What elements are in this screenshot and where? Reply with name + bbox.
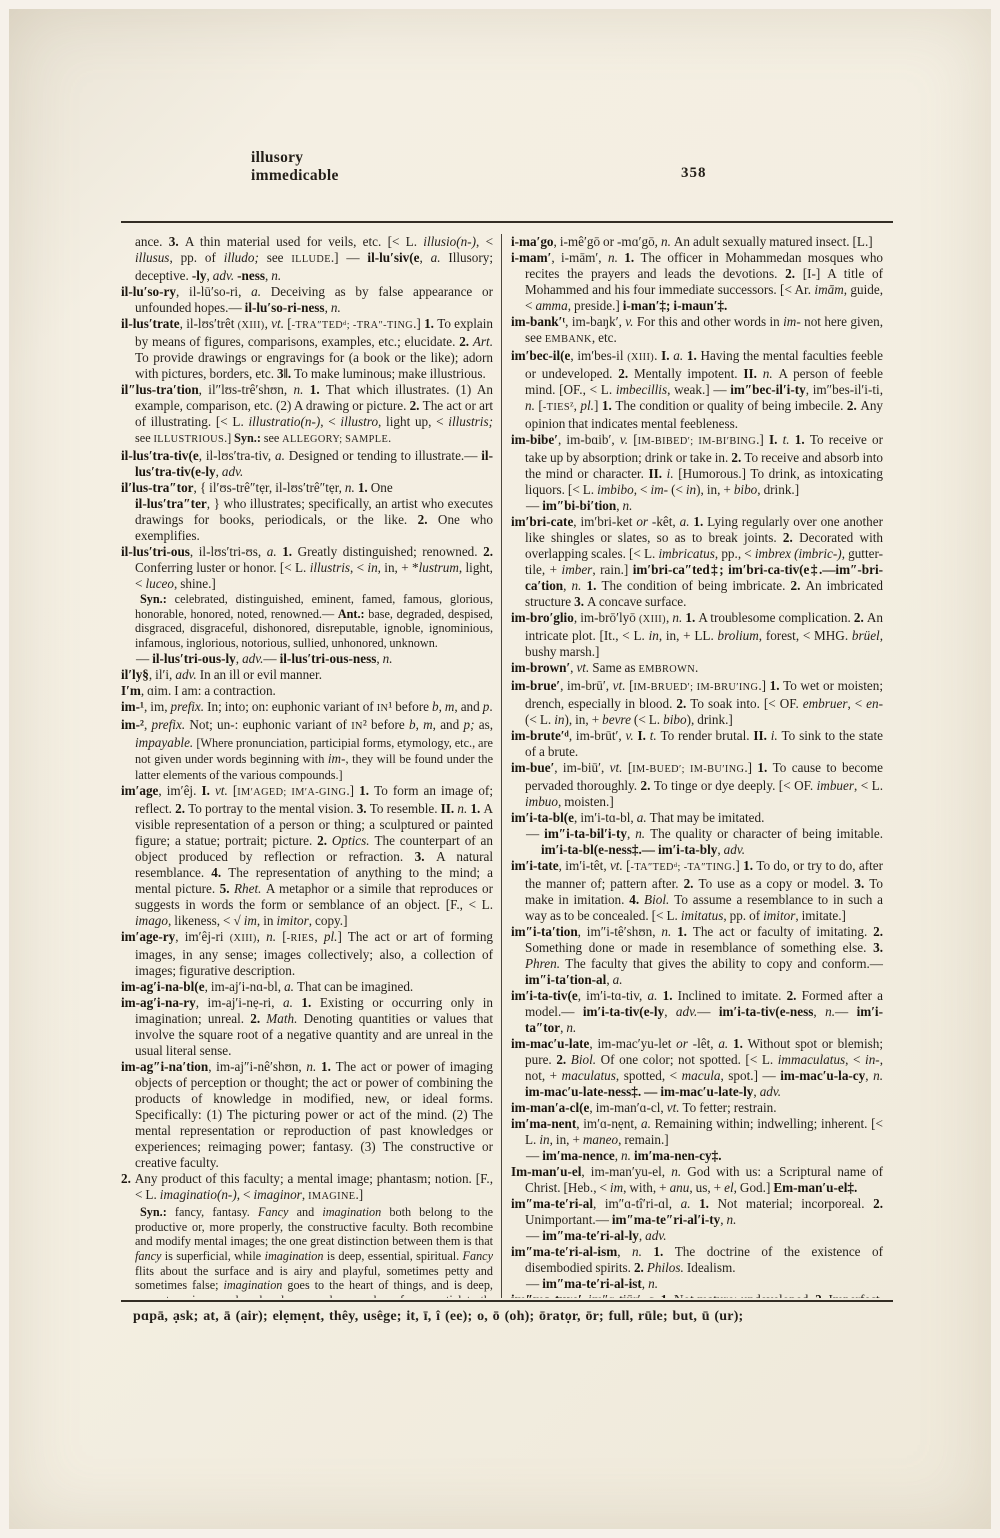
- text-run: ]: [594, 398, 602, 413]
- text-run: , im-biū′,: [554, 760, 609, 775]
- text-run: im: [610, 1180, 623, 1195]
- text-run: , im″bes-il′i-ti,: [806, 382, 883, 397]
- text-run: (XIII): [627, 352, 654, 363]
- text-run: 2.: [121, 1171, 135, 1186]
- text-run: II.: [753, 728, 770, 743]
- text-run: adv.: [222, 464, 243, 479]
- text-run: 2.: [854, 610, 867, 625]
- text-run: ance.: [135, 234, 169, 249]
- text-run: , im-man′ɑ-cl,: [589, 1100, 666, 1115]
- text-run: immaculatus: [778, 1052, 845, 1067]
- text-run: adv.: [760, 1084, 781, 1099]
- text-run: , pp., <: [715, 546, 755, 561]
- dictionary-entry: — il-lus′tri-ous-ly, adv.— il-lus′tri-ou…: [121, 651, 493, 667]
- header-rule: [121, 221, 893, 223]
- text-run: 1.: [301, 995, 319, 1010]
- text-run: vt.: [613, 678, 629, 693]
- text-run: Fancy: [258, 1205, 297, 1219]
- text-run: , forest, < MHG.: [759, 628, 852, 643]
- text-run: IN: [351, 721, 363, 732]
- text-run: , spot.] —: [720, 1068, 780, 1083]
- text-run: il-lu′siv(e: [367, 250, 419, 265]
- text-run: , i-mām′,: [551, 250, 608, 265]
- text-run: -ly: [192, 268, 207, 283]
- guide-words: illusory immedicable: [251, 149, 339, 185]
- text-columns: ance. 3. A thin material used for veils,…: [121, 234, 893, 1298]
- text-run: To use as a copy or model.: [698, 876, 854, 891]
- text-run: a.: [251, 284, 271, 299]
- text-run: im″bec-il′i-ty: [730, 382, 805, 397]
- text-run: is superficial, while: [165, 1249, 265, 1263]
- page-header: illusory immedicable 358: [121, 147, 893, 221]
- text-run: To resemble.: [370, 801, 441, 816]
- text-run: il-lus′tra-tiv(e: [121, 448, 199, 463]
- text-run: ,: [419, 250, 430, 265]
- text-run: 1.: [661, 1292, 674, 1298]
- text-run: im″i-ta′tion-al: [525, 972, 606, 987]
- text-run: , im-brō′lyō: [574, 610, 639, 625]
- text-run: a.: [275, 448, 289, 463]
- text-run: a.: [718, 1036, 733, 1051]
- text-run: im-bue′: [511, 760, 554, 775]
- text-run: macula: [682, 1068, 721, 1083]
- dictionary-entry: — im″ma-te′ri-al-ly, adv.: [511, 1228, 883, 1244]
- text-run: and: [297, 1205, 323, 1219]
- dictionary-entry: im-bibe′, im-bɑib′, v. [IM-BIBED′; IM-BI…: [511, 432, 883, 498]
- text-run: .]: [756, 432, 769, 447]
- text-run: 3.: [169, 234, 185, 249]
- text-run: im-brue′: [511, 678, 560, 693]
- dictionary-entry: im′ma-nent, im′ɑ-nẹnt, a. Remaining with…: [511, 1116, 883, 1148]
- text-run: , il′i,: [149, 667, 175, 682]
- text-run: n.: [331, 300, 341, 315]
- dictionary-entry: i-ma′go, i-mê′gō or -mɑ′gō, n. An adult …: [511, 234, 883, 250]
- text-run: , im-brū′,: [560, 678, 613, 693]
- text-run: b: [409, 717, 416, 732]
- text-run: Im-man′u-el: [511, 1164, 581, 1179]
- text-run: To render brutal.: [661, 728, 754, 743]
- text-run: im-: [650, 482, 671, 497]
- text-run: 1.: [310, 382, 326, 397]
- text-run: Art.: [473, 334, 493, 349]
- text-run: t.: [650, 728, 661, 743]
- text-run: ,: [563, 578, 571, 593]
- text-run: Phren.: [525, 956, 565, 971]
- text-run: im: [244, 913, 257, 928]
- dictionary-entry: im-bro′glio, im-brō′lyō (XIII), n. 1. A …: [511, 610, 883, 660]
- text-run: 1.: [687, 348, 701, 363]
- text-run: 1.: [424, 316, 437, 331]
- text-run: , spotted, <: [616, 1068, 682, 1083]
- text-run: , im′i-tɑ-tiv,: [578, 988, 648, 1003]
- text-run: , in: [257, 913, 277, 928]
- text-run: Of one color; not spotted. [< L.: [601, 1052, 778, 1067]
- text-run: —: [526, 1148, 542, 1163]
- text-run: im-¹: [121, 699, 144, 714]
- text-run: n.: [661, 234, 674, 249]
- dictionary-entry: — im″ma-te′ri-al-ist, n.: [511, 1276, 883, 1292]
- text-run: (< L.: [634, 712, 663, 727]
- text-run: II.: [441, 801, 458, 816]
- text-run: 1.: [321, 1059, 336, 1074]
- text-run: imaginor: [253, 1187, 301, 1202]
- text-run: n.: [648, 1276, 658, 1291]
- text-run: bibo: [663, 712, 686, 727]
- text-run: prefix.: [152, 717, 190, 732]
- text-run: embruer: [803, 696, 848, 711]
- text-run: im′age: [121, 783, 158, 798]
- text-run: n.: [632, 1244, 653, 1259]
- text-run: The act or power of imaging objects of p…: [135, 1059, 493, 1170]
- text-run: im′i-tate: [511, 858, 559, 873]
- text-run: —: [263, 651, 279, 666]
- text-run: illustris: [310, 560, 350, 575]
- text-run: ILLUDE: [291, 254, 331, 265]
- text-run: il′ly§: [121, 667, 149, 682]
- text-run: im″ma-te′ri-al-ism: [511, 1244, 617, 1259]
- text-run: Em-man′u-el‡.: [773, 1180, 857, 1195]
- text-run: imagination: [322, 1205, 389, 1219]
- text-run: Not mature; undeveloped.: [674, 1292, 815, 1298]
- text-run: n.: [635, 826, 650, 841]
- text-run: adv.: [676, 1004, 697, 1019]
- text-run: (XIII): [230, 933, 257, 944]
- text-run: imitor: [763, 908, 795, 923]
- dictionary-entry: — im″i-ta-bil′i-ty, n. The quality or ch…: [511, 826, 883, 858]
- text-run: a.: [647, 1292, 660, 1298]
- text-run: 1.: [685, 610, 698, 625]
- text-run: im′i-ta-tiv(e-ness: [719, 1004, 814, 1019]
- text-run: imbecillis: [616, 382, 667, 397]
- text-run: , God.]: [734, 1180, 774, 1195]
- text-run: (< L.: [525, 712, 554, 727]
- dictionary-entry: Im-man′u-el, im-man′yu-el, n. God with u…: [511, 1164, 883, 1196]
- text-run: as,: [479, 717, 493, 732]
- text-run: Unimportant.—: [525, 1212, 612, 1227]
- text-run: 2.: [641, 778, 654, 793]
- text-run: To make luminous; make illustrious.: [294, 366, 486, 381]
- text-run: vt.: [667, 1100, 683, 1115]
- text-run: , drink.]: [757, 482, 799, 497]
- text-run: , etc.: [592, 330, 617, 345]
- text-run: .]: [744, 760, 757, 775]
- text-run: 2.: [873, 1196, 883, 1211]
- text-run: 2.: [785, 266, 803, 281]
- text-run: A thin material used for veils, etc. [< …: [185, 234, 423, 249]
- text-run: or: [636, 514, 652, 529]
- text-run: ² before: [363, 717, 409, 732]
- text-run: That can be imagined.: [297, 979, 413, 994]
- text-run: im′bec-il(e: [511, 348, 570, 363]
- text-run: , { il′ʊs-trê″tẹr, il-lʊs′trê″tẹr,: [194, 480, 345, 495]
- text-run: , im-brūt′,: [569, 728, 626, 743]
- text-run: il-lus′tra″ter: [135, 496, 207, 511]
- dictionary-entry: Syn.: fancy, fantasy. Fancy and imaginat…: [121, 1205, 493, 1298]
- text-run: , im″ɑ-tî′ri-ɑl,: [593, 1196, 681, 1211]
- text-run: adv.: [213, 268, 237, 283]
- text-run: im″i-ta′tion: [511, 924, 578, 939]
- text-run: 2.: [787, 988, 802, 1003]
- text-run: 1.: [358, 480, 371, 495]
- text-run: Idealism.: [687, 1260, 736, 1275]
- text-run: 2.: [847, 398, 860, 413]
- text-run: im-bibe′: [511, 432, 558, 447]
- text-run: IM′AGED; IM′A-GING: [237, 787, 346, 798]
- text-run: Rhet.: [234, 881, 266, 896]
- text-run: Syn.:: [234, 431, 264, 445]
- text-run: I.: [769, 432, 783, 447]
- text-run: ,: [617, 1244, 632, 1259]
- text-run: , im-mac′yu-let: [589, 1036, 676, 1051]
- text-run: im″ma-te″ri-al′i-ty: [612, 1212, 720, 1227]
- dictionary-entry: im-brown′, vt. Same as EMBROWN.: [511, 660, 883, 678]
- text-run: 2.: [684, 876, 699, 891]
- text-run: 3.: [357, 801, 370, 816]
- text-run: im′i-ta-tiv(e: [511, 988, 578, 1003]
- text-run: Conferring luster or honor. [< L.: [135, 560, 310, 575]
- text-run: 1.: [624, 250, 640, 265]
- pronunciation-key: pɑpā, ạsk; at, ā (air); elẹmẹnt, thêy, u…: [121, 1302, 893, 1325]
- text-run: bibo: [734, 482, 757, 497]
- text-run: el: [724, 1180, 734, 1195]
- text-run: illustris;: [448, 414, 493, 429]
- text-run: 2.: [483, 544, 493, 559]
- text-run: n.: [345, 480, 358, 495]
- text-run: , and: [433, 717, 464, 732]
- text-run: im′age-ry: [121, 929, 175, 944]
- text-run: n.: [727, 1212, 737, 1227]
- dictionary-entry: il-lu′so-ry, il-lū′so-ri, a. Deceiving a…: [121, 284, 493, 316]
- text-run: Biol.: [571, 1052, 601, 1067]
- text-run: see: [267, 250, 292, 265]
- text-run: —: [136, 651, 152, 666]
- text-run: -TIES: [543, 402, 570, 413]
- text-run: ILLUSTRIOUS: [153, 434, 224, 445]
- text-run: illusus: [135, 250, 169, 265]
- text-run: impayable.: [135, 735, 196, 750]
- dictionary-entry: im-man′a-cl(e, im-man′ɑ-cl, vt. To fette…: [511, 1100, 883, 1116]
- text-run: In an ill or evil manner.: [200, 667, 322, 682]
- text-run: n.: [266, 929, 282, 944]
- dictionary-entry: ance. 3. A thin material used for veils,…: [121, 234, 493, 284]
- text-run: To fetter; restrain.: [683, 1100, 777, 1115]
- text-run: IM-BRUED′; IM-BRU′ING: [633, 682, 758, 693]
- text-run: , im′bes-il: [570, 348, 627, 363]
- dictionary-entry: im-ag′i-na-ry, im-aj′i-nẹ-ri, a. 1. Exis…: [121, 995, 493, 1059]
- text-run: , remain.]: [618, 1132, 669, 1147]
- text-run: Math.: [266, 1011, 303, 1026]
- text-run: .]: [758, 678, 769, 693]
- dictionary-entry: il′lus-tra″tor, { il′ʊs-trê″tẹr, il-lʊs′…: [121, 480, 493, 544]
- text-run: n.: [671, 1164, 687, 1179]
- text-run: -TA″TEDᵈ; -TA″TING: [631, 862, 733, 873]
- text-run: vt.: [610, 760, 628, 775]
- text-run: a.: [637, 810, 650, 825]
- guide-word-bottom: immedicable: [251, 167, 339, 185]
- text-run: ,: [865, 1068, 873, 1083]
- text-run: , im,: [144, 699, 171, 714]
- text-run: To tinge or dye deeply. [< OF.: [654, 778, 817, 793]
- text-run: is deep, essential, spiritual.: [327, 1249, 463, 1263]
- dictionary-entry: im″i-ta′tion, im″i-tê′shʊn, n. 1. The ac…: [511, 924, 883, 988]
- guide-word-top: illusory: [251, 149, 339, 167]
- text-run: il′lus-tra″tor: [121, 480, 194, 495]
- text-run: im′ma-nen-cy‡.: [634, 1148, 722, 1163]
- text-run: in: [554, 712, 564, 727]
- text-run: , <: [476, 234, 493, 249]
- text-run: illustro: [340, 414, 378, 429]
- text-run: 1.: [770, 678, 783, 693]
- dictionary-entry: im-mac′u-late, im-mac′yu-let or -lêt, a.…: [511, 1036, 883, 1100]
- text-run: i-man′‡; i-maun′‡.: [623, 298, 728, 313]
- text-run: .] —: [331, 250, 368, 265]
- text-run: , im′i-têt,: [559, 858, 610, 873]
- text-run: , im-baŋk′,: [565, 314, 625, 329]
- text-run: a.: [641, 1116, 655, 1131]
- text-run: im′i-ta-bl(e: [511, 810, 574, 825]
- text-run: IM-BIBED′; IM-BI′BING: [638, 436, 756, 447]
- text-run: a.: [431, 250, 449, 265]
- text-run: , <: [847, 696, 866, 711]
- text-run: imitor: [276, 913, 308, 928]
- text-run: 2.: [790, 578, 805, 593]
- text-run: im″ma-te′ri-al-ist: [542, 1276, 642, 1291]
- text-run: 1.: [602, 398, 615, 413]
- text-run: 2.: [556, 1052, 570, 1067]
- text-run: n.: [873, 1068, 883, 1083]
- text-run: im-mac′u-late: [511, 1036, 589, 1051]
- dictionary-entry: im-², prefix. Not; un-: euphonic variant…: [121, 717, 493, 783]
- dictionary-entry: im′i-ta-tiv(e, im′i-tɑ-tiv, a. 1. Inclin…: [511, 988, 883, 1036]
- text-run: vt.: [271, 316, 287, 331]
- text-run: A concave surface.: [587, 594, 686, 609]
- text-run: , im′i-tɑ-bl,: [574, 810, 637, 825]
- text-run: 2.: [815, 1292, 828, 1298]
- text-run: Mentally impotent.: [634, 366, 743, 381]
- text-run: A troublesome complication.: [698, 610, 854, 625]
- text-run: i.: [771, 728, 782, 743]
- text-run: In; into; on: euphonic variant of: [207, 699, 377, 714]
- text-run: .]: [355, 1187, 363, 1202]
- text-run: pl.: [324, 929, 338, 944]
- text-run: 2.: [410, 398, 423, 413]
- text-run: lustrum: [419, 560, 459, 575]
- text-run: a.: [673, 348, 687, 363]
- text-run: , moisten.]: [558, 794, 614, 809]
- dictionary-entry: im-bue′, im-biū′, vt. [IM-BUED′; IM-BU′I…: [511, 760, 883, 810]
- text-run: n.: [294, 382, 310, 397]
- right-column: i-ma′go, i-mê′gō or -mɑ′gō, n. An adult …: [502, 234, 883, 1298]
- text-run: .]: [732, 858, 743, 873]
- text-run: im′i-ta-bl(e-ness‡.— im′i-ta-bly: [541, 842, 717, 857]
- dictionary-entry: im′i-ta-bl(e, im′i-tɑ-bl, a. That may be…: [511, 810, 883, 826]
- text-run: im′i-ta-tiv(e-ly: [583, 1004, 664, 1019]
- text-run: t.: [783, 432, 795, 447]
- text-run: il-lus′tri-ous-ly: [152, 651, 236, 666]
- text-run: 2.: [676, 696, 690, 711]
- text-run: IN: [377, 703, 389, 714]
- dictionary-entry: il-lus′tri-ous, il-lʊs′tri-ʊs, a. 1. Gre…: [121, 544, 493, 592]
- text-run: , rain.]: [592, 562, 632, 577]
- text-run: 1.: [663, 988, 678, 1003]
- text-run: a.: [284, 979, 297, 994]
- dictionary-entry: I′m, ɑim. I am: a contraction.: [121, 683, 493, 699]
- text-run: vt.: [576, 660, 592, 675]
- text-run: , im′êj.: [158, 783, 201, 798]
- text-run: The condition or quality of being imbeci…: [615, 398, 847, 413]
- dictionary-entry: im″ma-ture′, im″ɑ-tiūr′, a. 1. Not matur…: [511, 1292, 883, 1298]
- text-run: , with, +: [623, 1180, 669, 1195]
- text-run: , im′ɑ-nẹnt,: [576, 1116, 641, 1131]
- text-run: 4.: [629, 892, 644, 907]
- text-run: 2.: [175, 801, 188, 816]
- text-run: in: [686, 482, 696, 497]
- text-run: im-ag′i-na-bl(e: [121, 979, 205, 994]
- text-run: 2.: [250, 1011, 266, 1026]
- text-run: , in, + *: [378, 560, 419, 575]
- text-run: 3.: [854, 876, 869, 891]
- text-run: n.: [825, 1004, 835, 1019]
- text-run: 3.: [574, 594, 587, 609]
- text-run: , i-mê′gō or -mɑ′gō,: [554, 234, 661, 249]
- page-number: 358: [681, 165, 707, 182]
- text-run: illudo;: [224, 250, 267, 265]
- text-run: 2.: [317, 833, 332, 848]
- text-run: or: [676, 1036, 693, 1051]
- text-run: .: [695, 660, 698, 675]
- text-run: , likeness, < √: [168, 913, 244, 928]
- text-run: To soak into. [< OF.: [690, 696, 803, 711]
- text-run: ALLEGORY; SAMPLE: [282, 434, 388, 445]
- text-run: ), in, +: [564, 712, 602, 727]
- text-run: a.: [681, 1196, 699, 1211]
- text-run: im-man′a-cl(e: [511, 1100, 589, 1115]
- text-run: imaginatio(n-): [160, 1187, 237, 1202]
- text-run: ,: [627, 826, 635, 841]
- text-run: see: [135, 431, 153, 445]
- text-run: v.: [625, 314, 637, 329]
- text-run: adv.: [645, 1228, 666, 1243]
- text-run: —: [526, 498, 542, 513]
- text-run: im″bi-bi′tion: [542, 498, 616, 513]
- text-run: n.: [457, 801, 470, 816]
- text-run: —: [526, 1228, 542, 1243]
- text-run: v.: [625, 728, 637, 743]
- text-run: 1.: [677, 924, 693, 939]
- text-run: 2.: [873, 924, 883, 939]
- text-run: imagination: [223, 1278, 287, 1292]
- dictionary-entry: il′ly§, il′i, adv. In an ill or evil man…: [121, 667, 493, 683]
- text-run: maculatus: [562, 1068, 616, 1083]
- text-run: , copy.]: [309, 913, 348, 928]
- text-run: , shine.]: [174, 576, 216, 591]
- text-run: im-brown′: [511, 660, 570, 675]
- text-run: ,: [813, 1004, 825, 1019]
- dictionary-entry: Syn.: celebrated, distinguished, eminent…: [121, 592, 493, 651]
- text-run: n.: [621, 1148, 634, 1163]
- text-run: n.: [306, 1059, 321, 1074]
- text-run: n.: [525, 398, 538, 413]
- text-run: 2.: [418, 512, 438, 527]
- text-run: i.: [667, 466, 679, 481]
- text-run: amma: [535, 298, 567, 313]
- dictionary-page-scan: illusory immedicable 358 ance. 3. A thin…: [0, 0, 1000, 1538]
- text-run: ᶻ,: [570, 398, 580, 413]
- text-run: 1.: [693, 514, 707, 529]
- text-run: illusio(n-): [423, 234, 476, 249]
- text-run: 1.: [699, 1196, 717, 1211]
- text-run: , im″ɑ-tiūr′,: [582, 1292, 647, 1298]
